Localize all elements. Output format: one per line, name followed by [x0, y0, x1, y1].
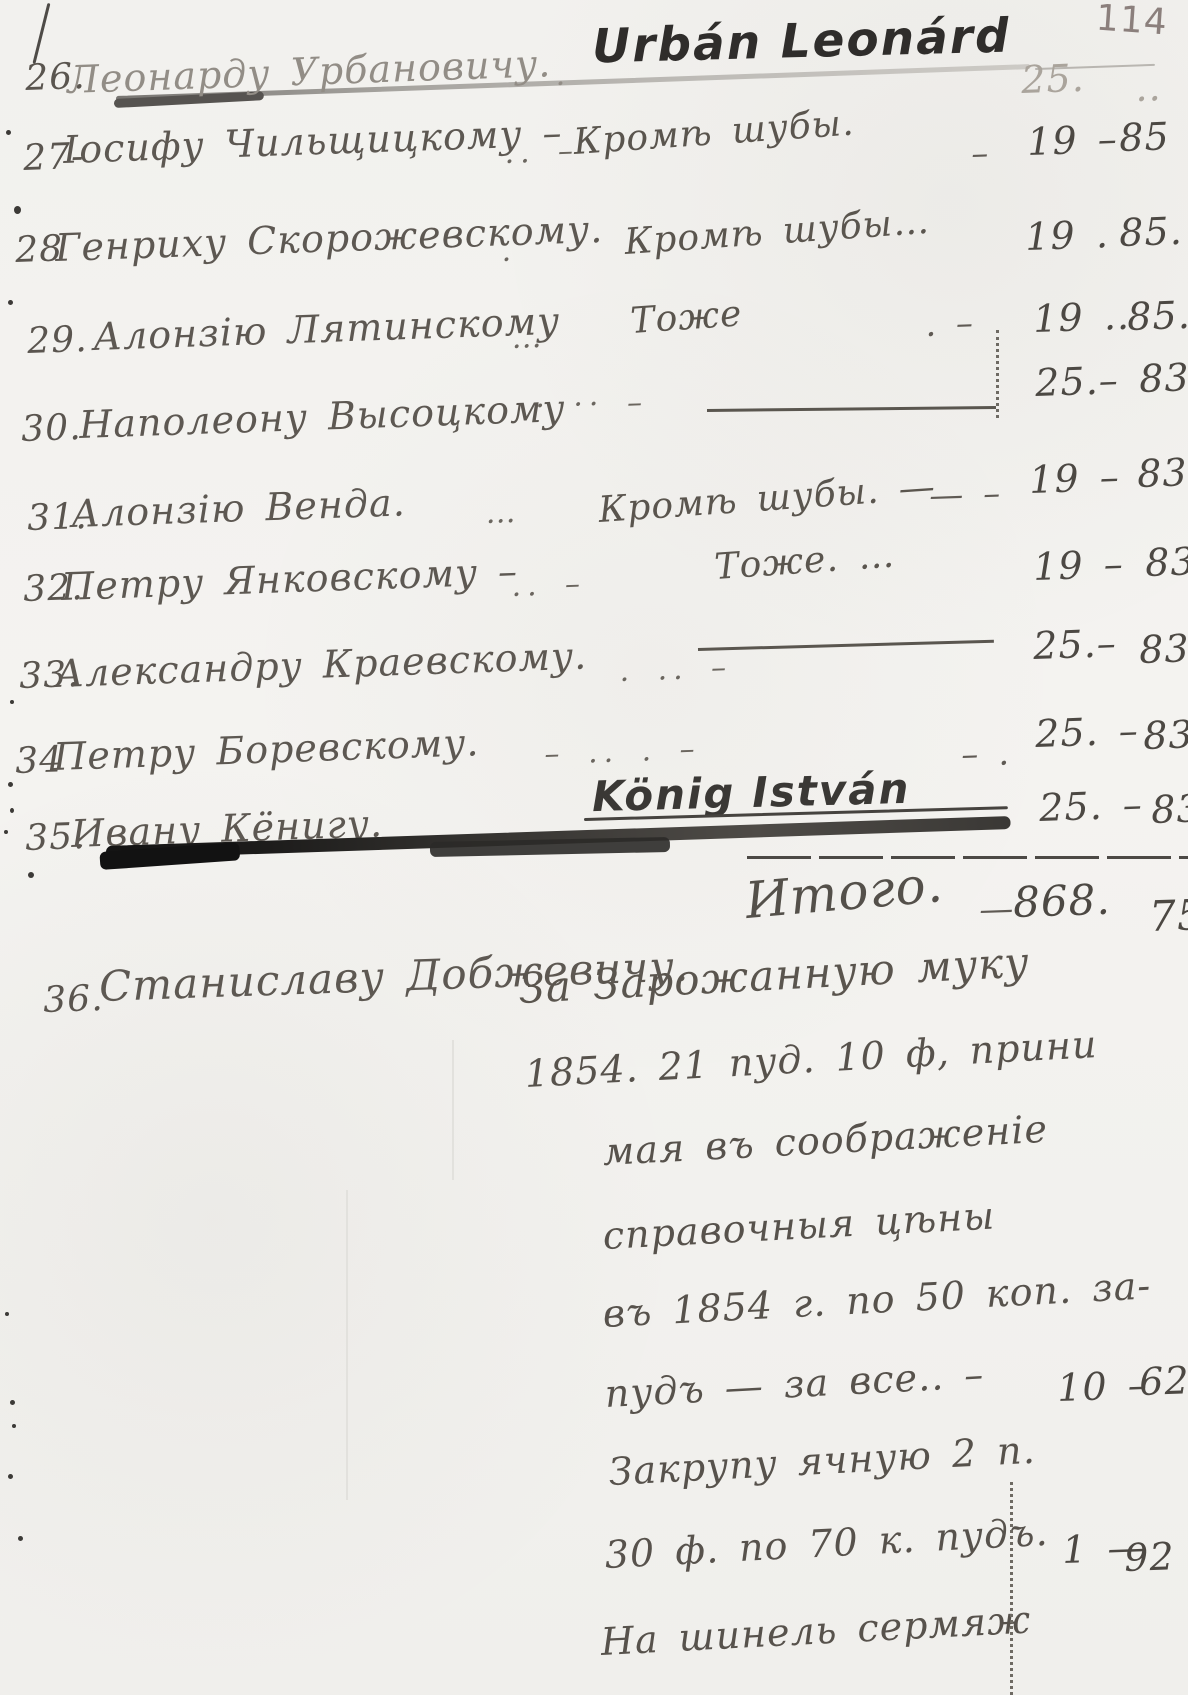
entry-leader-dots: …	[485, 495, 522, 531]
entry-name: Александру Краевскому.	[54, 633, 587, 696]
entry36-line: въ 1854 г. по 50 коп. за-	[602, 1263, 1153, 1336]
entry-name: Іосифу Чильщицкому –	[62, 111, 563, 172]
entry-kopecks: 83	[1138, 355, 1188, 401]
entry-rubles: 19 –	[1028, 455, 1120, 502]
entry36-kopecks: 92	[1123, 1534, 1175, 1580]
entry-number: 29.	[27, 319, 89, 362]
ledger-row: 27- Іосифу Чильщицкому – .. – Кромѣ шубы…	[0, 128, 1188, 188]
entry-leader-dots: .	[501, 233, 518, 269]
entry36-line: мая въ соображеніе	[602, 1107, 1049, 1174]
entry-sep-dash: — –	[929, 474, 1002, 516]
corner-pen-stroke	[33, 3, 51, 64]
entry36-line: На шинель сермяж	[600, 1598, 1032, 1664]
ledger-row: 31. Алонзію Венда. … Кромѣ шубы. — — – 1…	[0, 492, 1188, 552]
paper-speck	[18, 1536, 23, 1541]
paper-speck	[28, 872, 34, 878]
ledger-row: 33. Александру Краевскому. . .. – 25.– 8…	[0, 652, 1188, 712]
ledger-row: 32. Петру Янковскому – .. – Тоже. … 19 –…	[0, 565, 1188, 625]
entry-sep-dash: – .	[961, 733, 1011, 775]
paper-speck	[8, 782, 13, 787]
scanned-ledger-page: 114 Urbán Leonárd 26. Леонарду Урбанович…	[0, 0, 1188, 1695]
total-rule	[747, 856, 1188, 859]
entry36-kopecks: 62.	[1138, 1358, 1188, 1404]
entry-rubles: 19 ..	[1032, 294, 1130, 341]
entry-note: Кромѣ шубы. —	[597, 467, 937, 531]
entry-kopecks: 83	[1138, 626, 1188, 672]
total-dash: —	[979, 889, 1015, 930]
entry-leader-dots: …	[511, 320, 548, 356]
paper-speck	[12, 1424, 16, 1428]
entry-name: Леонарду Урбановичу.	[66, 41, 551, 102]
entry-leader-dots: .. –	[504, 133, 580, 171]
entry36-rubles: 10 –	[1056, 1363, 1148, 1410]
entry-rubles: 19 –	[1032, 542, 1124, 589]
paper-speck	[5, 1312, 9, 1316]
entry-number: 30.	[21, 407, 83, 450]
entry-leader-dots: · ·· –	[535, 385, 649, 424]
dotted-column-rule	[1010, 1482, 1013, 1695]
total-kopecks: 75	[1148, 890, 1188, 941]
entry-kopecks: ..	[1134, 65, 1162, 110]
entry-rubles: 19 –	[1026, 117, 1118, 164]
entry36-line: 1854. 21 пуд. 10 ф, прини	[524, 1022, 1099, 1096]
paper-speck	[14, 206, 21, 214]
ledger-row: 30. Наполеону Высоцкому · ·· – 25.– 83	[0, 403, 1188, 463]
page-number: 114	[1095, 0, 1169, 43]
paper-crease	[452, 1040, 454, 1180]
entry-leader-dots: – .. . –	[544, 732, 701, 772]
paper-crease	[346, 1190, 348, 1500]
entry36-line: справочныя цѣны	[602, 1194, 996, 1258]
ruled-dash-line	[707, 406, 996, 412]
ledger-row: 29. Алонзію Лятинскому … Тоже . – 19 .. …	[0, 315, 1188, 375]
dotted-column-rule-short	[996, 330, 999, 418]
entry-rubles: 25.	[1020, 56, 1085, 102]
entry-rubles: 25.–	[1034, 358, 1119, 405]
entry-name: Генриху Скорожевскому.	[54, 207, 603, 270]
ledger-row: 28 Генриху Скорожевскому. . Кромѣ шубы… …	[0, 226, 1188, 286]
entry-note: Кромѣ шубы…	[623, 201, 931, 263]
entry-name: Алонзію Лятинскому	[92, 299, 560, 359]
entry-name: Петру Боревскому.	[52, 720, 480, 779]
entry-leader-dots: .. –	[511, 566, 587, 604]
paper-speck	[6, 130, 11, 135]
paper-speck	[10, 1400, 15, 1405]
paper-speck	[8, 1474, 13, 1479]
paper-speck	[4, 830, 8, 834]
ledger-row: 36. Станиславу Добжевичу. За Зарожанную …	[0, 962, 1188, 1022]
entry-number: 36.	[43, 978, 105, 1021]
entry36-line: пудъ — за все.. –	[604, 1352, 985, 1416]
entry-note: Тоже	[629, 293, 744, 342]
entry-kopecks: 83	[1150, 786, 1188, 832]
entry-rubles: 25. –	[1038, 782, 1143, 830]
entry-rubles: 19 .	[1024, 212, 1109, 259]
entry-kopecks: 85	[1118, 114, 1170, 160]
entry-rubles: 25.–	[1032, 621, 1117, 668]
entry-kopecks: 85.	[1126, 293, 1188, 339]
total-rubles: 868.	[1012, 875, 1111, 927]
entry-name: Петру Янковскому –	[60, 549, 518, 609]
entry-leader-dots: . .. –	[619, 650, 733, 689]
entry36-line: Закрупу ячную 2 п.	[608, 1428, 1037, 1494]
total-row: Итого. — 868. 75	[0, 868, 1188, 928]
entry-sep-dash: . –	[925, 303, 975, 345]
entry-kopecks: 83	[1144, 539, 1188, 585]
entry-rubles: 25. –	[1034, 708, 1139, 756]
paper-speck	[10, 808, 14, 813]
ruled-dash-line	[698, 640, 994, 651]
entry-kopecks: 83	[1142, 712, 1188, 758]
ledger-row: 26. Леонарду Урбановичу. . 25. ..	[0, 58, 1188, 118]
entry-name: Алонзію Венда.	[70, 480, 406, 536]
entry-sep-dash: –	[971, 133, 990, 174]
paper-speck	[10, 700, 14, 704]
entry-name: Наполеону Высоцкому	[78, 386, 566, 447]
entry-kopecks: 85.	[1118, 209, 1183, 255]
entry-leader-dots: .	[555, 57, 572, 93]
paper-speck	[8, 300, 13, 305]
entry36-line: 30 ф. по 70 к. пудъ.	[604, 1510, 1050, 1577]
entry-kopecks: 83	[1136, 450, 1188, 496]
